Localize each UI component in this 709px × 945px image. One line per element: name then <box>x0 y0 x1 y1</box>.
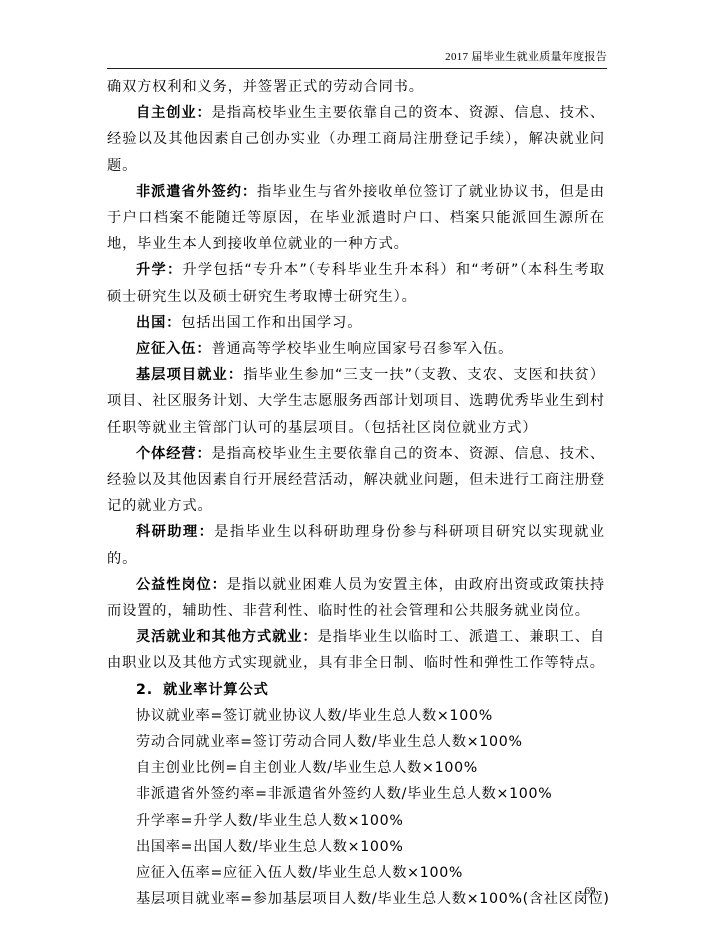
formula-grassroots-rate: 基层项目就业率=参加基层项目人数/毕业生总人数×100%(含社区岗位) <box>107 886 605 912</box>
definition-term: 升学： <box>136 262 182 278</box>
page-number: - 69 - <box>560 884 620 898</box>
paragraph-text: 确双方权利和义务，并签署正式的劳动合同书。 <box>107 79 424 95</box>
section-number: 2. <box>136 682 153 698</box>
definition-text: 升学包括“专升本”（专科毕业生升本科）和“考研”（本科生考取硕士研究生以及硕士研… <box>107 262 605 304</box>
header-divider <box>107 68 607 69</box>
definition-term: 灵活就业和其他方式就业： <box>136 629 318 645</box>
definition-term: 基层项目就业： <box>136 367 243 383</box>
formula-agreement-employment-rate: 协议就业率=签订就业协议人数/毕业生总人数×100% <box>107 703 605 729</box>
definition-term: 非派遣省外签约： <box>136 184 257 200</box>
definition-out-of-province-contract: 非派遣省外签约：指毕业生与省外接收单位签订了就业协议书，但是由于户口档案不能随迁… <box>107 179 605 258</box>
definition-military-enlistment: 应征入伍：普通高等学校毕业生响应国家号召参军入伍。 <box>107 336 605 362</box>
definition-term: 个体经营： <box>136 446 212 462</box>
definition-term: 出国： <box>136 315 181 331</box>
definition-self-employment: 自主创业：是指高校毕业生主要依靠自己的资本、资源、信息、技术、经验以及其他因素自… <box>107 100 605 179</box>
definition-text: 包括出国工作和出国学习。 <box>181 315 362 331</box>
definition-further-study: 升学：升学包括“专升本”（专科毕业生升本科）和“考研”（本科生考取硕士研究生以及… <box>107 257 605 309</box>
running-header-title: 2017 届毕业生就业质量年度报告 <box>107 50 607 64</box>
definition-public-welfare-post: 公益性岗位：是指以就业困难人员为安置主体，由政府出资或政策扶持而设置的，辅助性、… <box>107 572 605 624</box>
definition-term: 自主创业： <box>136 105 212 121</box>
definition-grassroots-project: 基层项目就业：指毕业生参加“三支一扶”（支教、支农、支医和扶贫）项目、社区服务计… <box>107 362 605 441</box>
formula-out-of-province-rate: 非派遣省外签约率=非派遣省外签约人数/毕业生总人数×100% <box>107 781 605 807</box>
formula-enlistment-rate: 应征入伍率=应征入伍人数/毕业生总人数×100% <box>107 860 605 886</box>
formula-labor-contract-rate: 劳动合同就业率=签订劳动合同人数/毕业生总人数×100% <box>107 729 605 755</box>
section-title: 就业率计算公式 <box>163 682 269 698</box>
page-body: 确双方权利和义务，并签署正式的劳动合同书。 自主创业：是指高校毕业生主要依靠自己… <box>107 74 605 913</box>
section-heading: 2.就业率计算公式 <box>107 677 605 703</box>
formula-self-employment-ratio: 自主创业比例=自主创业人数/毕业生总人数×100% <box>107 755 605 781</box>
definition-research-assistant: 科研助理：是指毕业生以科研助理身份参与科研项目研究以实现就业的。 <box>107 519 605 571</box>
definition-term: 科研助理： <box>136 524 214 540</box>
formula-study-abroad-rate: 出国率=出国人数/毕业生总人数×100% <box>107 834 605 860</box>
definition-flexible-employment: 灵活就业和其他方式就业：是指毕业生以临时工、派遣工、兼职工、自由职业以及其他方式… <box>107 624 605 676</box>
formula-further-study-rate: 升学率=升学人数/毕业生总人数×100% <box>107 808 605 834</box>
definition-individual-business: 个体经营：是指高校毕业生主要依靠自己的资本、资源、信息、技术、经验以及其他因素自… <box>107 441 605 520</box>
definition-study-abroad: 出国：包括出国工作和出国学习。 <box>107 310 605 336</box>
definition-term: 公益性岗位： <box>136 577 227 593</box>
definition-term: 应征入伍： <box>136 341 211 357</box>
paragraph-continuation: 确双方权利和义务，并签署正式的劳动合同书。 <box>107 74 605 100</box>
definition-text: 普通高等学校毕业生响应国家号召参军入伍。 <box>211 341 513 357</box>
